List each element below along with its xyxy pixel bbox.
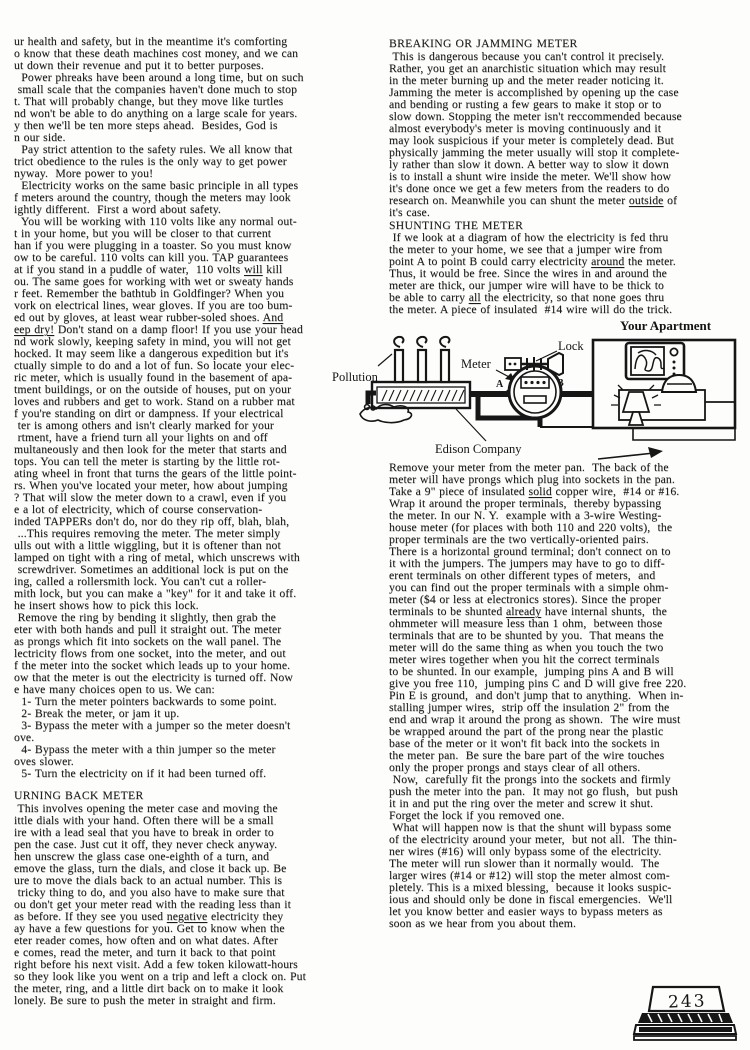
text-line: pen the case. Just cut it off, they neve… [14,839,370,851]
text-line: Jamming the meter is accomplished by ope… [389,87,741,99]
text-line: it's case. [389,207,741,219]
electric-meter-drawing [509,366,561,418]
text-line: emove the glass, turn the dials, and clo… [14,863,370,875]
text-line: may look suspicious if your meter is com… [389,135,741,147]
text-line: BREAKING OR JAMMING METER [389,37,741,51]
text-line: This involves opening the meter case and… [14,803,370,815]
section-heading: URNING BACK METER [14,789,370,803]
text-line: and bending or rusting a few gears to ma… [389,99,741,111]
text-line: ure to move the dials back to an actual … [14,875,370,887]
label-lock: Lock [558,339,584,353]
text-line: URNING BACK METER [14,789,370,803]
text-line: ly rather than slow it down. A better wa… [389,159,741,171]
text-line: SHUNTING THE METER [389,219,741,233]
text-line: almost everybody's meter is moving conti… [389,123,741,135]
paragraph: ur health and safety, but in the meantim… [14,36,370,780]
section-heading: SHUNTING THE METER [389,219,741,233]
smokestack-icon [395,350,449,382]
text-line: right before his next visit. Add a few t… [14,959,370,971]
paragraph: This is dangerous because you can't cont… [389,51,741,219]
apartment-box-drawing [593,340,735,428]
label-edison-company: Edison Company [435,442,522,456]
section-heading: BREAKING OR JAMMING METER [389,37,741,51]
text-line: hen unscrew the glass case one-eighth of… [14,851,370,863]
text-line: This is dangerous because you can't cont… [389,51,741,63]
label-point-a: A [496,379,504,390]
text-line: physically jamming the meter usually wil… [389,147,741,159]
left-column: ur health and safety, but in the meantim… [14,36,370,1007]
text-line: lonely. Be sure to push the meter in str… [14,995,370,1007]
text-line: is to install a shunt wire inside the me… [389,171,741,183]
television-drawing [626,343,684,379]
paragraph: Remove your meter from the meter pan. Th… [389,462,741,930]
label-your-apartment: Your Apartment [620,318,712,333]
text-line: 5- Turn the electricity on if it had bee… [14,768,370,780]
right-column-bottom: Remove your meter from the meter pan. Th… [389,462,741,930]
text-line: 3- Bypass the meter with a jumper so the… [14,720,370,732]
text-line: y then we'll be ten more steps ahead. Be… [14,120,370,132]
text-line: ire with a lead seal that you have to br… [14,827,370,839]
factory-drawing [372,337,470,408]
page-number-stamp: 243 [628,981,740,1045]
meter-diagram-illustration: Your Apartment Lock Meter Pollution Edis… [330,306,750,471]
paragraph: This involves opening the meter case and… [14,803,370,1007]
text-line: eter reader comes, how often and on what… [14,935,370,947]
text-line: e comes, read the meter, and turn it bac… [14,947,370,959]
text-line: ay have a few questions for you. Get to … [14,923,370,935]
text-line: slow down. Stopping the meter isn't recc… [389,111,741,123]
paragraph: If we look at a diagram of how the elect… [389,232,741,316]
text-line: in the meter burning up and the meter re… [389,75,741,87]
page-number: 243 [668,991,707,1012]
text-line: so they look like you went on a trip and… [14,971,370,983]
text-line: tricky thing to do, and you also have to… [14,887,370,899]
label-meter: Meter [461,357,492,371]
arrow-icon [598,447,663,459]
text-line: Rather, you get an anarchistic situation… [389,63,741,75]
document-page: ur health and safety, but in the meantim… [0,0,750,1050]
text-line: ittle dials with your hand. Often there … [14,815,370,827]
text-line: soon as we hear from you about them. [389,918,741,930]
smoke-icon [394,337,449,347]
text-line: the meter, ring, and a little dirt back … [14,983,370,995]
text-line: as before. If they see you used negative… [14,911,370,923]
right-column-top: BREAKING OR JAMMING METER This is danger… [389,37,741,316]
text-line: research on. Meanwhile you can shunt the… [389,195,741,207]
text-line: it's done once we get a few meters from … [389,183,741,195]
